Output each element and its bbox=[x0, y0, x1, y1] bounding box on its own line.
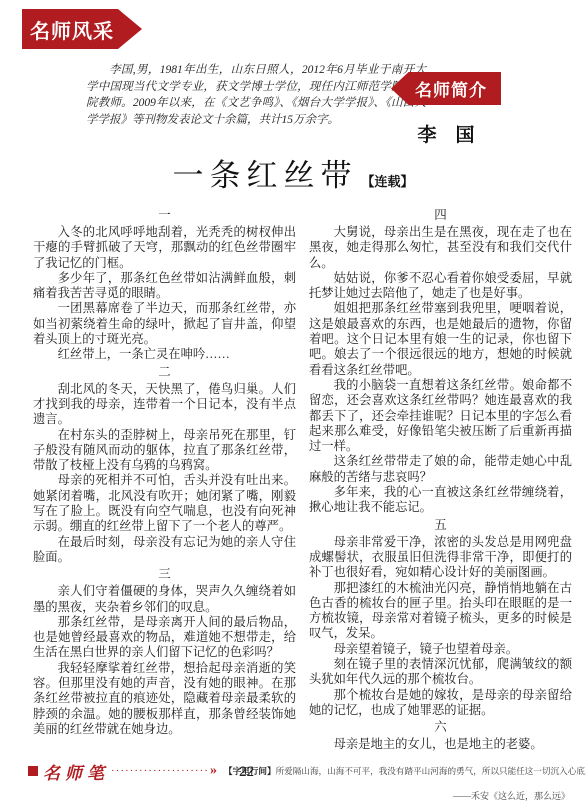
paragraph: 这条红丝带带走了娘的命，能带走她心中乱麻般的苦绪与悲哀吗？ bbox=[309, 454, 572, 485]
paragraph: 那个梳妆台是她的嫁妆，是母亲的母亲留给她的记忆，也成了她罪恶的证据。 bbox=[309, 688, 572, 719]
paragraph: 那把漆红的木梳油光闪亮，静悄悄地躺在古色古香的梳妆台的匣子里。抬头印在眼眶的是一… bbox=[309, 581, 572, 642]
footnote-attribution: ——禾安《这么近，那么远》 bbox=[453, 789, 570, 802]
paragraph: 我的小脑袋一直想着这条红丝带。娘命都不留恋，还会喜欢这条红丝带吗？她连最喜欢的我… bbox=[309, 378, 572, 454]
profile-badge-label: 名师简介 bbox=[415, 76, 487, 101]
paragraph: 姑姑说，你爹不忍心看着你娘受委屈，早就托梦让她过去陪他了，她走了也是好事。 bbox=[309, 271, 572, 302]
article-body: 一 入冬的北风呼呼地刮着，光秃秃的树杈伸出干瘪的手臂抓破了天穹，那飘动的红色丝带… bbox=[33, 206, 573, 758]
section-heading: 二 bbox=[33, 364, 296, 381]
section-heading: 三 bbox=[33, 566, 296, 583]
section-heading: 一 bbox=[33, 207, 296, 224]
right-column: 四 大舅说，母亲出生是在黑夜，现在走了也在黑夜，她走得那么匆忙，甚至没有和我们交… bbox=[309, 206, 572, 758]
paragraph: 大舅说，母亲出生是在黑夜，现在走了也在黑夜，她走得那么匆忙，甚至没有和我们交代什… bbox=[309, 225, 572, 271]
footnote: 【字里行间】所爱隔山海，山海不可平，我没有踏平山河海的勇气，所以只能任这一切沉入… bbox=[224, 766, 576, 777]
magazine-page: 名师风采 李国,男，1981年出生，山东日照人，2012年6月毕业于南开大学中国… bbox=[0, 0, 586, 811]
paragraph: 母亲非常爱干净，浓密的头发总是用网兜盘成螺髻状，衣服虽旧但洗得非常干净，即便打的… bbox=[309, 535, 572, 581]
paragraph: 红丝带上，一条亡灵在呻吟…… bbox=[33, 347, 296, 362]
paragraph: 在最后时刻，母亲没有忘记为她的亲人守住脸面。 bbox=[33, 535, 296, 566]
paragraph: 姐姐把那条红丝带塞到我兜里，哽咽着说，这是娘最喜欢的东西，也是她最后的遗物，你留… bbox=[309, 301, 572, 377]
paragraph: 亲人们守着僵硬的身体，哭声久久缠绕着如墨的黑夜，夹杂着乡邻们的叹息。 bbox=[33, 584, 296, 615]
paragraph: 多少年了，那条红色丝带如沾满鲜血般，刺痛着我苦苦寻觅的眼睛。 bbox=[33, 271, 296, 302]
paragraph: 母亲是地主的女儿，也是地主的老婆。 bbox=[309, 737, 572, 752]
article-title: 一条红丝带 bbox=[172, 158, 357, 193]
paragraph: 母亲的死相并不可怕，舌头并没有吐出来。她紧闭着嘴，北风没有吹开；她闭紧了嘴，刚毅… bbox=[33, 473, 296, 534]
author-bio: 李国,男，1981年出生，山东日照人，2012年6月毕业于南开大学中国现当代文学… bbox=[86, 62, 426, 128]
footnote-text: 所爱隔山海，山海不可平，我没有踏平山河海的勇气，所以只能任这一切沉入心底，归于沉… bbox=[276, 766, 586, 776]
paragraph: 那条红丝带，是母亲离开人间的最后物品，也是她曾经最喜欢的物品，难道她不想带走，给… bbox=[33, 615, 296, 661]
section-heading: 四 bbox=[309, 207, 572, 224]
footnote-label: 【字里行间】 bbox=[224, 766, 276, 776]
section-heading: 五 bbox=[309, 517, 572, 534]
paragraph: 多年来，我的心一直被这条红丝带缠绕着，揪心地让我不能忘记。 bbox=[309, 485, 572, 516]
left-column: 一 入冬的北风呼呼地刮着，光秃秃的树杈伸出干瘪的手臂抓破了天穹，那飘动的红色丝带… bbox=[33, 206, 296, 758]
paragraph: 刻在镜子里的表情深沉忧郁，爬满皱纹的额头犹如年代久远的那个梳妆台。 bbox=[309, 657, 572, 688]
footer-column-mark: 名师笔 ····················· » 22 bbox=[28, 760, 254, 782]
paragraph: 在村东头的歪脖树上，母亲吊死在那里，钉子般没有随风而动的躯体，拉直了那条红丝带，… bbox=[33, 428, 296, 474]
profile-badge: 名师简介 bbox=[391, 72, 501, 105]
double-chevron-icon: » bbox=[210, 763, 217, 779]
author-name: 李 国 bbox=[396, 120, 496, 147]
footer-column-name: 名师笔 bbox=[43, 759, 109, 784]
square-bullet-icon bbox=[28, 766, 38, 776]
dotted-leader: ····················· bbox=[111, 765, 209, 777]
column-banner: 名师风采 bbox=[22, 9, 142, 49]
paragraph: 刮北风的冬天，天快黑了，倦鸟归巢。人们才找到我的母亲，连带着一个日记本，没有半点… bbox=[33, 382, 296, 428]
paragraph: 母亲望着镜子，镜子也望着母亲。 bbox=[309, 642, 572, 657]
column-banner-label: 名师风采 bbox=[30, 15, 114, 44]
paragraph: 一团黑幕席卷了半边天，而那条红丝带，亦如当初萦绕着生命的绿叶，掀起了盲井盖，仰望… bbox=[33, 301, 296, 347]
paragraph: 入冬的北风呼呼地刮着，光秃秃的树杈伸出干瘪的手臂抓破了天穹，那飘动的红色丝带圈牢… bbox=[33, 225, 296, 271]
paragraph: 我轻轻摩挲着红丝带，想拾起母亲消逝的笑容。但那里没有她的声音，没有她的眼神。在那… bbox=[33, 661, 296, 737]
article-title-row: 一条红丝带【连载】 bbox=[0, 150, 586, 195]
serial-tag: 【连载】 bbox=[361, 174, 413, 189]
section-heading: 六 bbox=[309, 719, 572, 736]
